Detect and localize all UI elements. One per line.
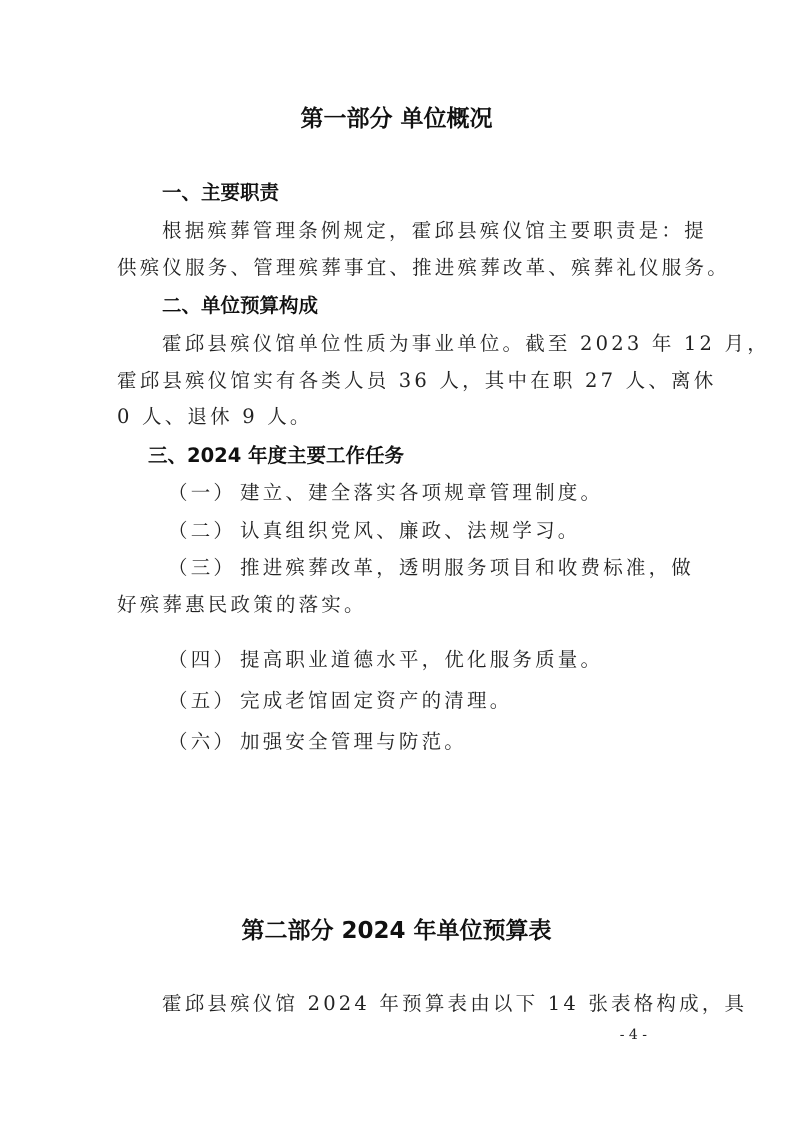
task-number: （三）	[168, 555, 240, 581]
paragraph-line: 根据殡葬管理条例规定，霍邱县殡仪馆主要职责是：提	[162, 218, 707, 244]
paragraph-line: 0 人、退休 9 人。	[117, 404, 313, 430]
task-text: 推进殡葬改革，透明服务项目和收费标准，做	[240, 556, 694, 579]
paragraph-line: 供殡仪服务、管理殡葬事宜、推进殡葬改革、殡葬礼仪服务。	[117, 255, 730, 281]
task-item-continuation: 好殡葬惠民政策的落实。	[117, 592, 367, 618]
paragraph-line: 霍邱县殡仪馆 2024 年预算表由以下 14 张表格构成，具	[162, 991, 747, 1017]
page-number: - 4 -	[620, 1027, 647, 1043]
task-number: （五）	[168, 688, 240, 714]
task-number: （二）	[168, 518, 240, 544]
task-item: （五）完成老馆固定资产的清理。	[168, 688, 512, 714]
paragraph-line: 霍邱县殡仪馆单位性质为事业单位。截至 2023 年 12 月，	[162, 331, 770, 357]
task-number: （四）	[168, 647, 240, 673]
task-text: 建立、建全落实各项规章管理制度。	[240, 481, 603, 504]
task-text: 提高职业道德水平，优化服务质量。	[240, 648, 603, 671]
section-heading-duties: 一、主要职责	[162, 180, 279, 206]
paragraph-line: 霍邱县殡仪馆实有各类人员 36 人，其中在职 27 人、离休	[117, 368, 716, 394]
part2-title: 第二部分 2024 年单位预算表	[0, 916, 793, 946]
task-item: （二）认真组织党风、廉政、法规学习。	[168, 518, 581, 544]
task-item: （三）推进殡葬改革，透明服务项目和收费标准，做	[168, 555, 694, 581]
task-item: （六）加强安全管理与防范。	[168, 729, 467, 755]
part1-title: 第一部分 单位概况	[0, 104, 793, 134]
task-number: （一）	[168, 480, 240, 506]
task-item: （四）提高职业道德水平，优化服务质量。	[168, 647, 603, 673]
task-text: 完成老馆固定资产的清理。	[240, 689, 512, 712]
section-heading-budget-composition: 二、单位预算构成	[162, 293, 318, 319]
section-heading-tasks: 三、2024 年度主要工作任务	[148, 443, 404, 469]
task-text: 加强安全管理与防范。	[240, 730, 467, 753]
task-item: （一）建立、建全落实各项规章管理制度。	[168, 480, 603, 506]
task-number: （六）	[168, 729, 240, 755]
task-text: 认真组织党风、廉政、法规学习。	[240, 519, 581, 542]
